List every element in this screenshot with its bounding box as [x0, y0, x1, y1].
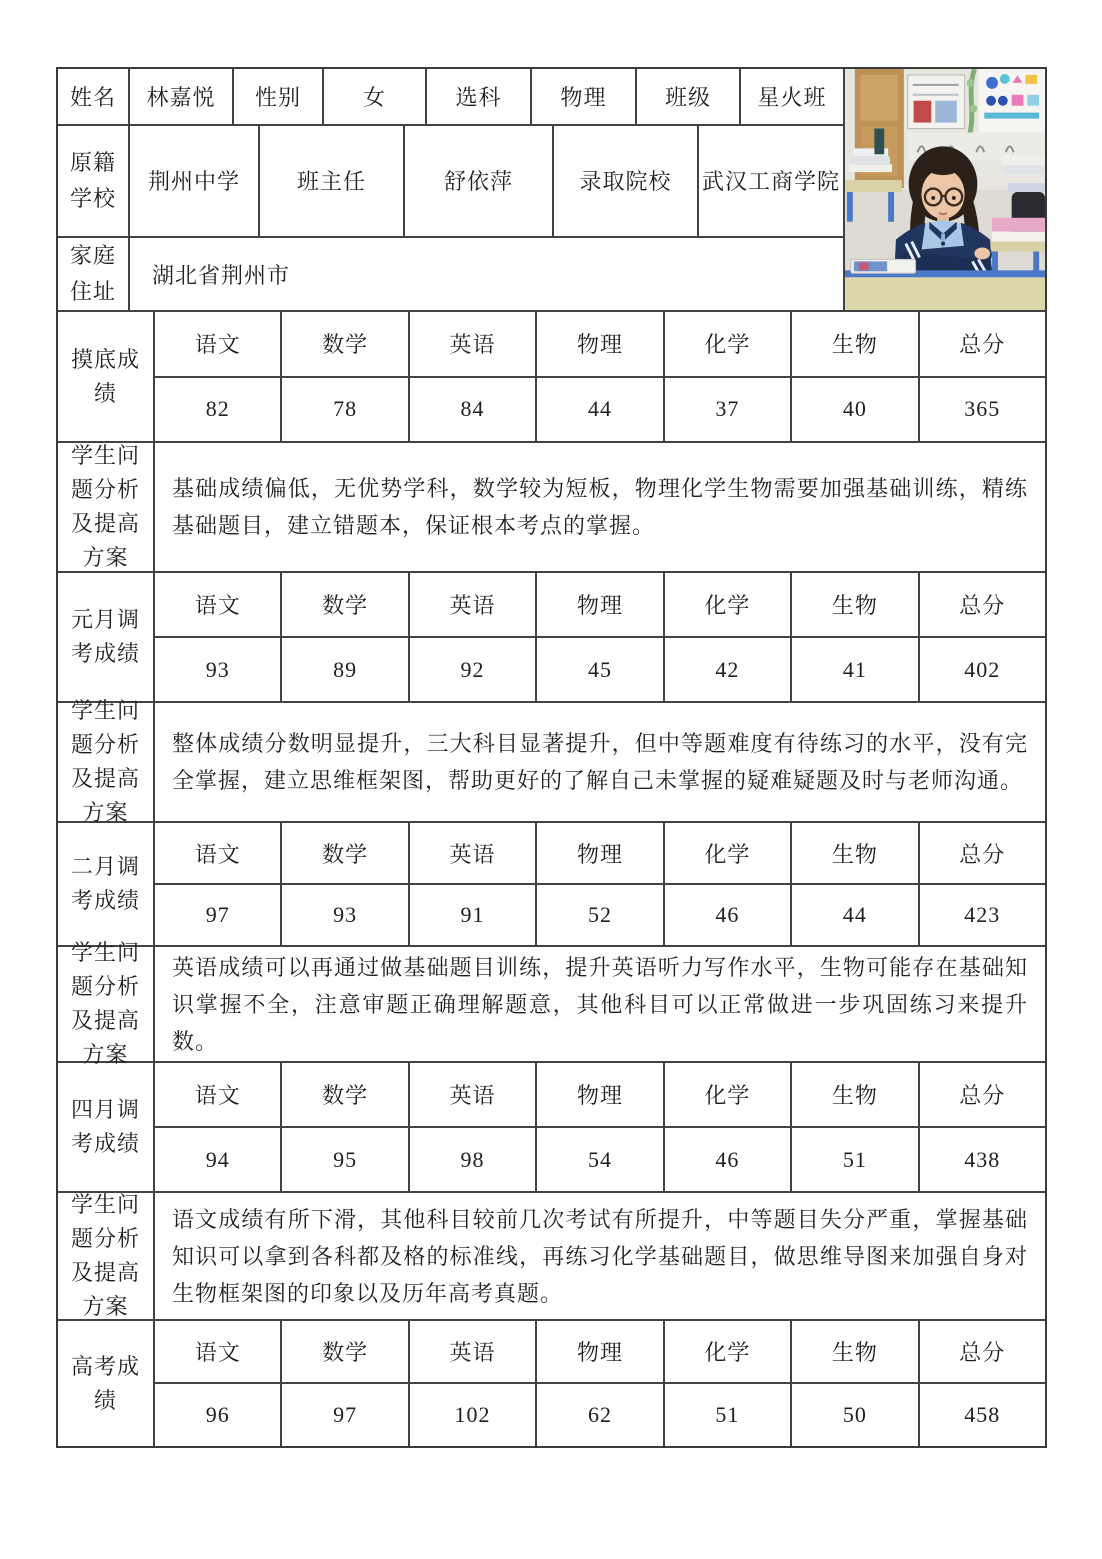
head-teacher-label-cell: 班主任 — [260, 126, 405, 238]
class-value-cell: 星火班 — [741, 69, 845, 126]
analysis-section-1: 学生问题分析及提高方案 基础成绩偏低，无优势学科，数学较为短板，物理化学生物需要… — [58, 443, 1045, 573]
origin-school-label: 原籍学校 — [69, 145, 117, 217]
analysis-text-cell: 英语成绩可以再通过做基础题目训练，提升英语听力写作水平，生物可能存在基础知识掌握… — [155, 947, 1045, 1063]
subject-header-cell: 数学 — [282, 573, 409, 638]
admitted-college-value-cell: 武汉工商学院 — [699, 126, 845, 238]
subject-header-cell: 化学 — [665, 823, 792, 885]
analysis-text-cell: 语文成绩有所下滑，其他科目较前几次考试有所提升，中等题目失分严重，掌握基础知识可… — [155, 1193, 1045, 1321]
subject-header-cell: 数学 — [282, 1321, 409, 1384]
analysis-section-4: 学生问题分析及提高方案 语文成绩有所下滑，其他科目较前几次考试有所提升，中等题目… — [58, 1193, 1045, 1321]
analysis-text: 英语成绩可以再通过做基础题目训练，提升英语听力写作水平，生物可能存在基础知识掌握… — [172, 949, 1028, 1060]
section-label: 学生问题分析及提高方案 — [71, 439, 141, 575]
analysis-text-cell: 整体成绩分数明显提升，三大科目显著提升，但中等题难度有待练习的水平，没有完全掌握… — [155, 703, 1045, 823]
subject-header-cell: 总分 — [920, 823, 1045, 885]
score-value-cell: 62 — [537, 1384, 664, 1447]
score-value-cell: 40 — [792, 378, 919, 444]
score-section-1: 摸底成绩 语文 数学 英语 物理 化学 生物 总分 82 78 84 44 37 — [58, 312, 1045, 443]
subject-header-cell: 物理 — [537, 573, 664, 638]
info-section: 姓名 林嘉悦 性别 女 选科 物理 班级 星火班 原籍学校 荆州中学 班主任 舒… — [58, 69, 1045, 312]
student-record-table: 姓名 林嘉悦 性别 女 选科 物理 班级 星火班 原籍学校 荆州中学 班主任 舒… — [56, 67, 1047, 1448]
subject-header-cell: 化学 — [665, 573, 792, 638]
score-value-cell: 37 — [665, 378, 792, 444]
score-value-cell: 93 — [155, 638, 282, 703]
home-address-label: 家庭住址 — [69, 238, 117, 310]
subject-header-cell: 化学 — [665, 312, 792, 378]
subject-header-cell: 生物 — [792, 1321, 919, 1384]
score-value-cell: 44 — [792, 885, 919, 947]
score-value-row: 94 95 98 54 46 51 438 — [155, 1128, 1045, 1193]
section-label-cell: 学生问题分析及提高方案 — [58, 947, 155, 1063]
subject-header-cell: 数学 — [282, 1063, 409, 1128]
analysis-text: 语文成绩有所下滑，其他科目较前几次考试有所提升，中等题目失分严重，掌握基础知识可… — [172, 1201, 1028, 1312]
score-value-cell: 97 — [155, 885, 282, 947]
subject-header-row: 语文 数学 英语 物理 化学 生物 总分 — [155, 573, 1045, 638]
score-value-row: 82 78 84 44 37 40 365 — [155, 378, 1045, 444]
subject-header-cell: 语文 — [155, 312, 282, 378]
origin-school-label-cell: 原籍学校 — [58, 126, 130, 238]
score-value-row: 97 93 91 52 46 44 423 — [155, 885, 1045, 947]
score-value-cell: 96 — [155, 1384, 282, 1447]
subject-header-cell: 总分 — [920, 1063, 1045, 1128]
home-address-label-cell: 家庭住址 — [58, 238, 130, 312]
subject-header-cell: 物理 — [537, 1063, 664, 1128]
score-section-4: 四月调考成绩 语文 数学 英语 物理 化学 生物 总分 94 95 98 54 … — [58, 1063, 1045, 1193]
score-value-cell: 95 — [282, 1128, 409, 1193]
section-label-cell: 高考成绩 — [58, 1321, 155, 1446]
section-label: 高考成绩 — [71, 1350, 141, 1418]
subject-header-cell: 物理 — [537, 823, 664, 885]
subject-header-cell: 语文 — [155, 1063, 282, 1128]
subject-header-cell: 化学 — [665, 1063, 792, 1128]
subject-header-cell: 生物 — [792, 1063, 919, 1128]
section-label: 摸底成绩 — [71, 343, 141, 411]
score-value-cell: 89 — [282, 638, 409, 703]
score-value-cell: 402 — [920, 638, 1045, 703]
section-label-cell: 学生问题分析及提高方案 — [58, 443, 155, 573]
analysis-text-cell: 基础成绩偏低，无优势学科，数学较为短板，物理化学生物需要加强基础训练，精练基础题… — [155, 443, 1045, 573]
origin-school-value-cell: 荆州中学 — [130, 126, 260, 238]
student-photo-illustration — [845, 69, 1045, 310]
name-value-cell: 林嘉悦 — [130, 69, 234, 126]
section-label-cell: 四月调考成绩 — [58, 1063, 155, 1193]
subject-header-cell: 英语 — [410, 823, 537, 885]
score-value-cell: 51 — [665, 1384, 792, 1447]
subject-header-cell: 总分 — [920, 573, 1045, 638]
score-value-cell: 44 — [537, 378, 664, 444]
score-value-cell: 54 — [537, 1128, 664, 1193]
score-value-cell: 98 — [410, 1128, 537, 1193]
score-value-cell: 92 — [410, 638, 537, 703]
score-section-3: 二月调考成绩 语文 数学 英语 物理 化学 生物 总分 97 93 91 52 … — [58, 823, 1045, 947]
subject-header-cell: 语文 — [155, 1321, 282, 1384]
score-value-cell: 50 — [792, 1384, 919, 1447]
subject-header-cell: 英语 — [410, 1321, 537, 1384]
score-value-cell: 42 — [665, 638, 792, 703]
score-value-cell: 94 — [155, 1128, 282, 1193]
subject-header-cell: 物理 — [537, 1321, 664, 1384]
score-value-cell: 84 — [410, 378, 537, 444]
score-value-cell: 45 — [537, 638, 664, 703]
subject-header-cell: 总分 — [920, 1321, 1045, 1384]
subject-header-cell: 总分 — [920, 312, 1045, 378]
section-label: 元月调考成绩 — [71, 603, 141, 671]
score-value-cell: 91 — [410, 885, 537, 947]
info-row-2: 原籍学校 荆州中学 班主任 舒依萍 录取院校 武汉工商学院 — [58, 126, 845, 238]
section-label: 二月调考成绩 — [71, 850, 141, 918]
subject-header-row: 语文 数学 英语 物理 化学 生物 总分 — [155, 312, 1045, 378]
section-label: 四月调考成绩 — [71, 1093, 141, 1161]
section-label-cell: 二月调考成绩 — [58, 823, 155, 947]
score-value-cell: 78 — [282, 378, 409, 444]
score-value-cell: 102 — [410, 1384, 537, 1447]
subject-header-cell: 语文 — [155, 823, 282, 885]
subject-header-row: 语文 数学 英语 物理 化学 生物 总分 — [155, 823, 1045, 885]
section-label-cell: 学生问题分析及提高方案 — [58, 703, 155, 823]
score-value-cell: 423 — [920, 885, 1045, 947]
name-label-cell: 姓名 — [58, 69, 130, 126]
student-photo — [845, 69, 1045, 312]
score-value-cell: 46 — [665, 1128, 792, 1193]
info-row-1: 姓名 林嘉悦 性别 女 选科 物理 班级 星火班 — [58, 69, 845, 126]
score-value-cell: 52 — [537, 885, 664, 947]
analysis-section-3: 学生问题分析及提高方案 英语成绩可以再通过做基础题目训练，提升英语听力写作水平，… — [58, 947, 1045, 1063]
section-label: 学生问题分析及提高方案 — [71, 1188, 141, 1324]
score-value-cell: 365 — [920, 378, 1045, 444]
elective-value-cell: 物理 — [532, 69, 637, 126]
section-label-cell: 元月调考成绩 — [58, 573, 155, 703]
subject-header-cell: 生物 — [792, 823, 919, 885]
gender-value-cell: 女 — [324, 69, 427, 126]
score-value-cell: 41 — [792, 638, 919, 703]
score-section-5: 高考成绩 语文 数学 英语 物理 化学 生物 总分 96 97 102 62 5… — [58, 1321, 1045, 1446]
home-address-value-cell: 湖北省荆州市 — [130, 238, 845, 312]
score-value-cell: 97 — [282, 1384, 409, 1447]
score-value-cell: 93 — [282, 885, 409, 947]
subject-header-cell: 语文 — [155, 573, 282, 638]
score-value-row: 93 89 92 45 42 41 402 — [155, 638, 1045, 703]
subject-header-cell: 英语 — [410, 312, 537, 378]
section-label: 学生问题分析及提高方案 — [71, 936, 141, 1072]
elective-label-cell: 选科 — [427, 69, 532, 126]
class-label-cell: 班级 — [637, 69, 741, 126]
subject-header-cell: 英语 — [410, 573, 537, 638]
section-label-cell: 学生问题分析及提高方案 — [58, 1193, 155, 1321]
score-value-cell: 46 — [665, 885, 792, 947]
subject-header-cell: 英语 — [410, 1063, 537, 1128]
subject-header-cell: 生物 — [792, 573, 919, 638]
subject-header-cell: 数学 — [282, 823, 409, 885]
subject-header-cell: 数学 — [282, 312, 409, 378]
subject-header-cell: 化学 — [665, 1321, 792, 1384]
subject-header-cell: 物理 — [537, 312, 664, 378]
admitted-college-label-cell: 录取院校 — [554, 126, 699, 238]
score-value-row: 96 97 102 62 51 50 458 — [155, 1384, 1045, 1447]
document-page: 姓名 林嘉悦 性别 女 选科 物理 班级 星火班 原籍学校 荆州中学 班主任 舒… — [0, 0, 1102, 1559]
score-section-2: 元月调考成绩 语文 数学 英语 物理 化学 生物 总分 93 89 92 45 … — [58, 573, 1045, 703]
subject-header-row: 语文 数学 英语 物理 化学 生物 总分 — [155, 1063, 1045, 1128]
score-value-cell: 51 — [792, 1128, 919, 1193]
subject-header-cell: 生物 — [792, 312, 919, 378]
section-label-cell: 摸底成绩 — [58, 312, 155, 443]
gender-label-cell: 性别 — [234, 69, 324, 126]
subject-header-row: 语文 数学 英语 物理 化学 生物 总分 — [155, 1321, 1045, 1384]
analysis-text: 基础成绩偏低，无优势学科，数学较为短板，物理化学生物需要加强基础训练，精练基础题… — [172, 470, 1028, 544]
analysis-section-2: 学生问题分析及提高方案 整体成绩分数明显提升，三大科目显著提升，但中等题难度有待… — [58, 703, 1045, 823]
score-value-cell: 438 — [920, 1128, 1045, 1193]
score-value-cell: 82 — [155, 378, 282, 444]
score-value-cell: 458 — [920, 1384, 1045, 1447]
head-teacher-value-cell: 舒依萍 — [405, 126, 554, 238]
info-row-3: 家庭住址 湖北省荆州市 — [58, 238, 845, 312]
analysis-text: 整体成绩分数明显提升，三大科目显著提升，但中等题难度有待练习的水平，没有完全掌握… — [172, 725, 1028, 799]
section-label: 学生问题分析及提高方案 — [71, 694, 141, 830]
